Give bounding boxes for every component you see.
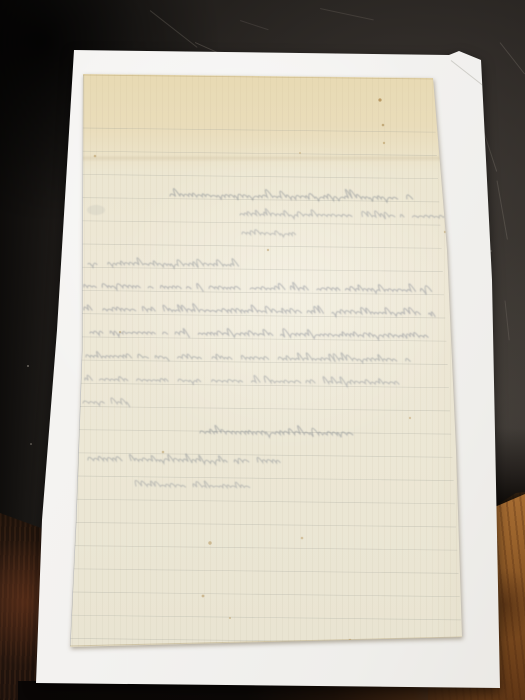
ruled-line (81, 174, 438, 178)
ink-smudge (87, 205, 105, 215)
script-line (83, 398, 130, 407)
script-line (240, 209, 447, 219)
ruled-line (76, 383, 449, 388)
ruled-line (71, 615, 461, 620)
ruled-line (78, 314, 446, 318)
letter-paper (0, 0, 525, 700)
script-line (88, 454, 280, 464)
foxing-spot (444, 231, 446, 233)
script-line (242, 230, 305, 237)
letter-paper-wrap (0, 0, 525, 700)
foxing-spot (383, 142, 385, 144)
ruled-line (79, 267, 443, 271)
ruled-line (81, 151, 437, 155)
script-line (88, 258, 239, 268)
ruled-line (73, 499, 455, 504)
script-line (170, 189, 413, 202)
foxing-spot (382, 124, 385, 127)
ruled-line (78, 290, 444, 294)
foxing-spot (378, 98, 381, 101)
foxing-spot (162, 451, 165, 454)
ruled-line (72, 569, 459, 574)
foxing-spot (208, 541, 211, 544)
ruled-line (82, 128, 436, 132)
foxing-spot (202, 595, 205, 598)
paper-left-edge-line (70, 75, 83, 646)
paper-top-edge-line (83, 75, 433, 79)
foxing-spot (119, 331, 121, 333)
foxing-spot (299, 152, 301, 154)
foxing-spot (94, 155, 97, 158)
ruled-line (79, 244, 442, 248)
script-line (85, 375, 399, 386)
paper-bottom-edge-line (70, 637, 462, 646)
foxing-spot (301, 537, 304, 540)
foxing-spot (349, 639, 352, 642)
ruled-line (71, 592, 460, 597)
letter-detail-layer (0, 0, 525, 700)
ruled-line (77, 337, 446, 341)
ruled-line (72, 546, 457, 551)
ruled-line (74, 476, 454, 481)
handwriting-showthrough (83, 189, 447, 488)
foxing-spot (267, 249, 269, 251)
script-line (135, 480, 250, 487)
foxing-spot (229, 617, 231, 619)
ruled-line (73, 522, 456, 527)
ruled-line (70, 638, 462, 643)
photo-of-letter: Photograph of an aged cream ruled letter… (0, 0, 525, 700)
ruled-line (80, 221, 441, 225)
foxing-spot (409, 417, 411, 419)
ruled-line (76, 406, 451, 411)
